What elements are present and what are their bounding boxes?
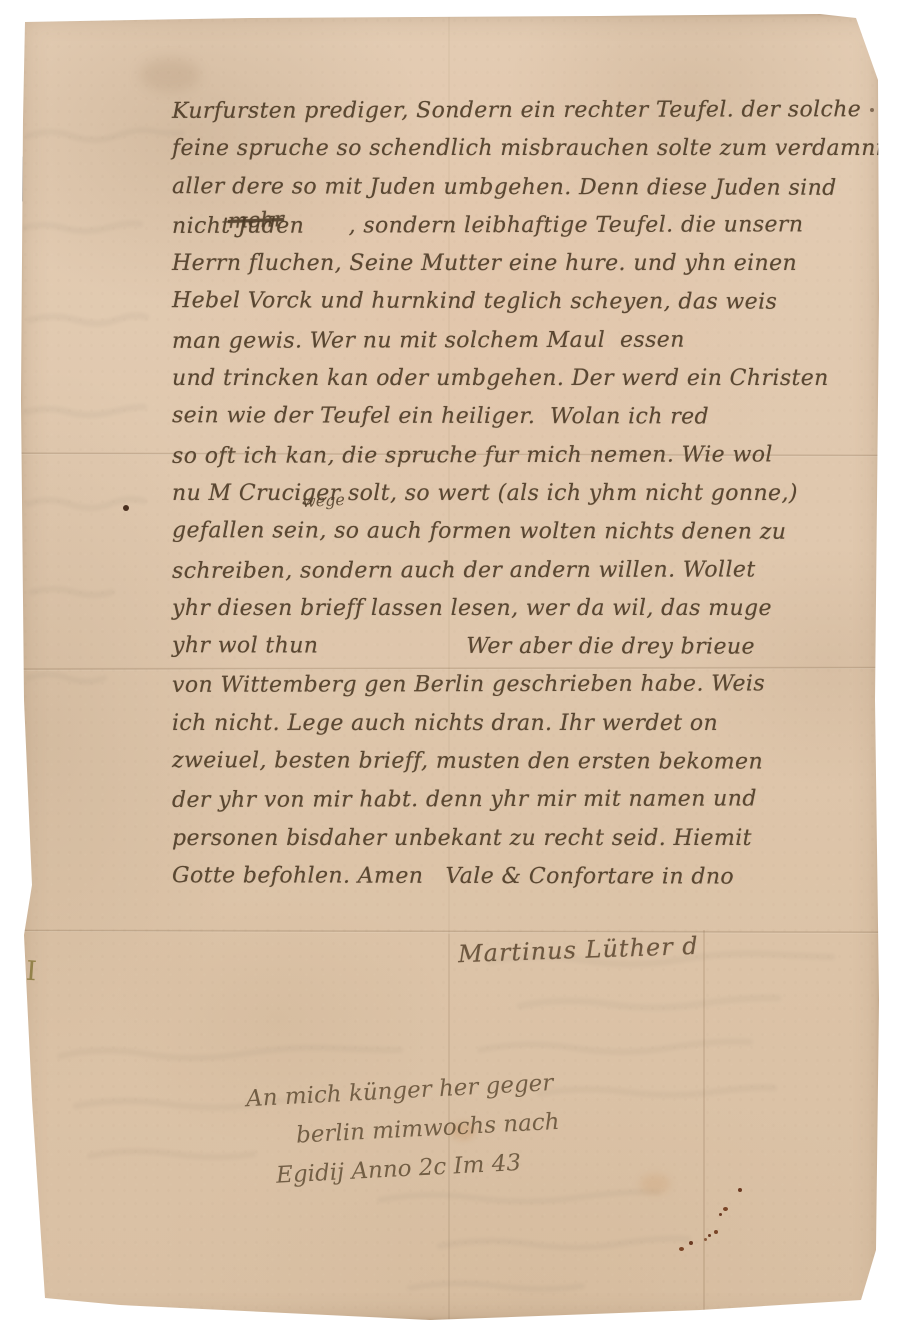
letter-line: aller dere so mit Juden umbgehen. Denn d… [172, 168, 872, 208]
letter-line: der yhr von mir habt. denn yhr mir mit n… [172, 780, 872, 820]
letter-line: Hebel Vorck und hurnkind teglich scheyen… [172, 283, 872, 323]
fold-crease-vertical-right [703, 930, 705, 1320]
photo-background: I Kurfursten prediger, Sondern ein recht… [0, 0, 900, 1340]
margin-mark: I [25, 956, 38, 988]
foxing-stain [140, 58, 200, 92]
edge-tear-shadow [20, 156, 23, 202]
ink-speck [723, 1207, 728, 1211]
fold-crease-lower [20, 929, 880, 934]
letter-line: von Wittemberg gen Berlin geschrieben ha… [172, 666, 872, 706]
letter-line: feine spruche so schendlich misbrauchen … [172, 130, 872, 168]
manuscript-paper: I Kurfursten prediger, Sondern ein recht… [20, 14, 880, 1320]
edge-tear-shadow [20, 56, 23, 84]
letter-line: ich nicht. Lege auch nichts dran. Ihr we… [172, 705, 872, 743]
ink-speck [738, 1188, 742, 1192]
letter-line: nu M Cruciger solt, so wert (als ich yhm… [172, 475, 872, 513]
letter-line: Herrn fluchen, Seine Mutter eine hure. u… [172, 245, 872, 283]
ink-speck [679, 1247, 684, 1251]
letter-line: gefallen sein, so auch formen wolten nic… [172, 512, 872, 552]
letter-line: schreiben, sondern auch der andern wille… [172, 551, 872, 591]
letter-line: zweiuel, besten brieff, musten den erste… [172, 742, 872, 782]
inserted-word: wege [302, 490, 346, 511]
letter-line: Gotte befohlen. Amen Vale & Confortare i… [172, 857, 872, 897]
crossed-out-word: mehr [228, 207, 285, 233]
ink-speck [704, 1238, 707, 1241]
letter-line: yhr diesen brieff lassen lesen, wer da w… [172, 590, 872, 628]
letter-line: Kurfursten prediger, Sondern ein rechter… [172, 91, 872, 131]
letter-line: und trincken kan oder umbgehen. Der werd… [172, 360, 872, 398]
ink-speck [123, 505, 129, 511]
ink-speck [719, 1213, 722, 1216]
letter-line: personen bisdaher unbekant zu recht seid… [172, 820, 872, 858]
letter-line: so oft ich kan, die spruche fur mich nem… [172, 436, 872, 476]
letter-line: yhr wol thun Wer aber die drey brieue [172, 627, 872, 667]
edge-tear-shadow [22, 870, 25, 904]
ink-speck [689, 1241, 693, 1245]
docket-note: An mich künger her geger berlin mimwochs… [245, 1064, 562, 1197]
letter-line: man gewis. Wer nu mit solchem Maul essen [172, 321, 872, 361]
foxing-stain [640, 1174, 670, 1194]
ink-speck [708, 1234, 711, 1237]
letter-line: sein wie der Teufel ein heiliger. Wolan … [172, 398, 872, 438]
signature-line: Martinus Lüther d [458, 932, 700, 968]
ink-speck [714, 1230, 718, 1234]
